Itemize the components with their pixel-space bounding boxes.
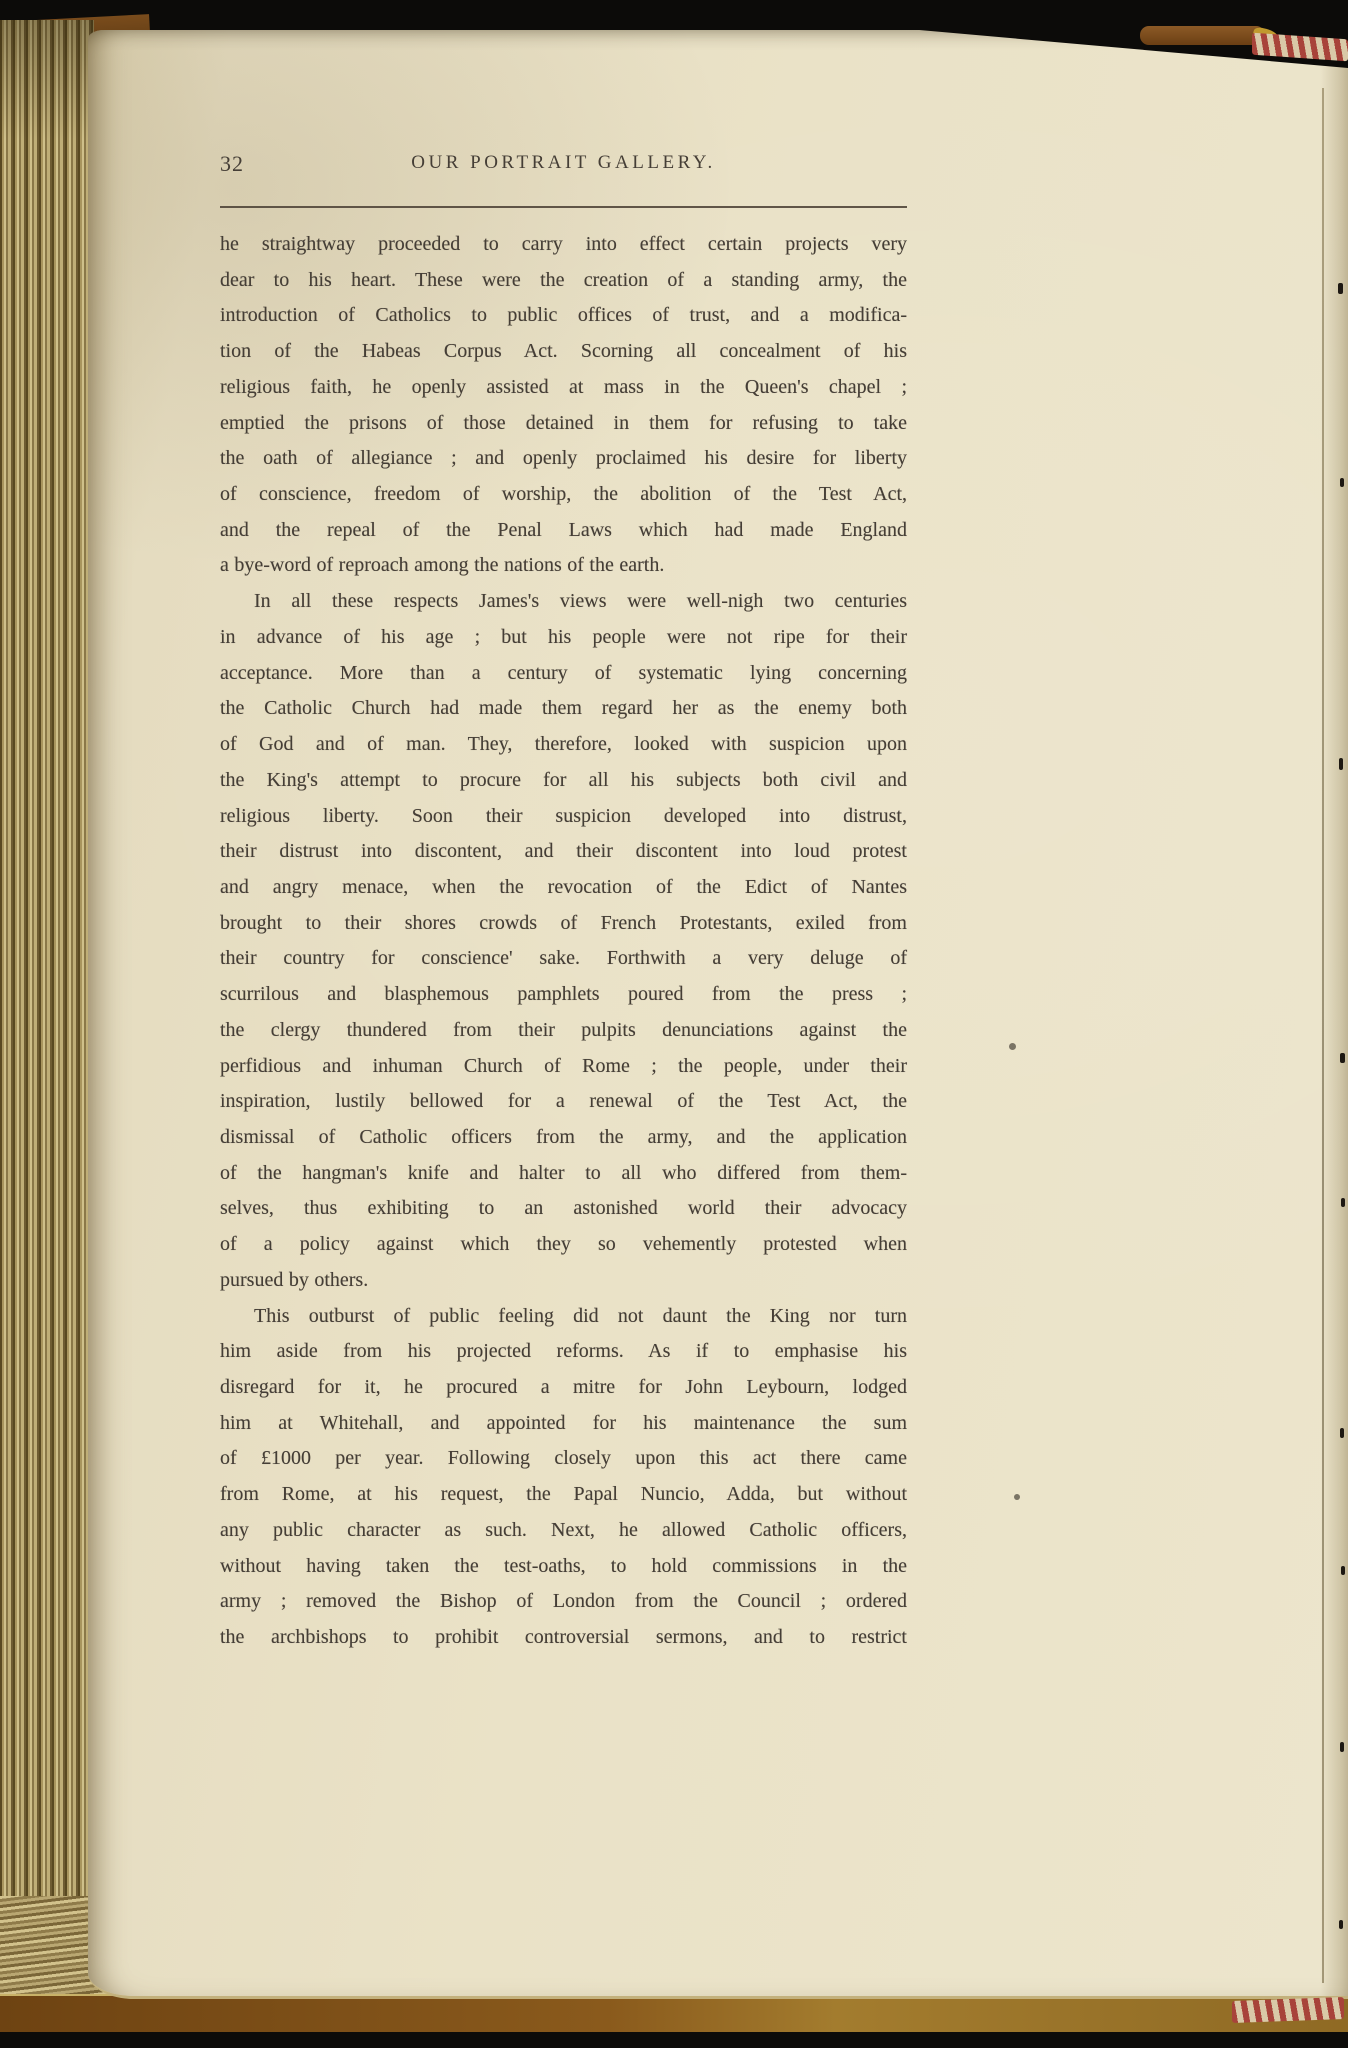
ink-speck <box>1340 1053 1345 1063</box>
page-header: 32 OUR PORTRAIT GALLERY. <box>220 148 907 182</box>
ink-speck <box>1340 1742 1344 1752</box>
text-line: religious liberty. Soon their suspicion … <box>220 799 907 835</box>
text-line: In all these respects James's views were… <box>220 584 907 620</box>
text-line: of conscience, freedom of worship, the a… <box>220 477 907 513</box>
book-page: 32 OUR PORTRAIT GALLERY. he straightway … <box>88 30 1348 1999</box>
book-spine-top <box>1140 26 1265 45</box>
book-photo: 32 OUR PORTRAIT GALLERY. he straightway … <box>0 0 1348 2048</box>
running-header: OUR PORTRAIT GALLERY. <box>220 152 907 174</box>
text-line: him at Whitehall, and appointed for his … <box>220 1406 907 1442</box>
text-line: of God and of man. They, therefore, look… <box>220 727 907 763</box>
text-line: the archbishops to prohibit controversia… <box>220 1620 907 1656</box>
text-line: religious faith, he openly assisted at m… <box>220 370 907 406</box>
ink-speck <box>1340 1428 1344 1438</box>
paragraph: This outburst of public feeling did not … <box>220 1299 907 1656</box>
text-line: selves, thus exhibiting to an astonished… <box>220 1191 907 1227</box>
headband-bottom <box>1232 1997 1344 2023</box>
text-line: disregard for it, he procured a mitre fo… <box>220 1370 907 1406</box>
ink-speck <box>1340 478 1344 487</box>
text-line: army ; removed the Bishop of London from… <box>220 1584 907 1620</box>
text-line: of a policy against which they so veheme… <box>220 1227 907 1263</box>
text-line: their distrust into discontent, and thei… <box>220 834 907 870</box>
text-line: tion of the Habeas Corpus Act. Scorning … <box>220 334 907 370</box>
text-line: perfidious and inhuman Church of Rome ; … <box>220 1049 907 1085</box>
text-line: in advance of his age ; but his people w… <box>220 620 907 656</box>
text-line: dear to his heart. These were the creati… <box>220 263 907 299</box>
book-cover-bottom <box>0 1994 1348 2032</box>
text-line: acceptance. More than a century of syste… <box>220 656 907 692</box>
text-line: inspiration, lustily bellowed for a rene… <box>220 1084 907 1120</box>
text-line: their country for conscience' sake. Fort… <box>220 941 907 977</box>
text-line: any public character as such. Next, he a… <box>220 1513 907 1549</box>
text-line: the King's attempt to procure for all hi… <box>220 763 907 799</box>
text-line: the clergy thundered from their pulpits … <box>220 1013 907 1049</box>
text-line: dismissal of Catholic officers from the … <box>220 1120 907 1156</box>
page-content: 32 OUR PORTRAIT GALLERY. he straightway … <box>220 148 907 1656</box>
text-line: introduction of Catholics to public offi… <box>220 298 907 334</box>
text-line: scurrilous and blasphemous pamphlets pou… <box>220 977 907 1013</box>
ink-speck <box>1338 283 1343 294</box>
text-line: of £1000 per year. Following closely upo… <box>220 1441 907 1477</box>
text-line: brought to their shores crowds of French… <box>220 906 907 942</box>
page-body: he straightway proceeded to carry into e… <box>220 227 907 1656</box>
text-line: the oath of allegiance ; and openly proc… <box>220 441 907 477</box>
ink-speck <box>1339 1920 1343 1929</box>
text-line: pursued by others. <box>220 1263 907 1299</box>
text-line: and angry menace, when the revocation of… <box>220 870 907 906</box>
text-line: the Catholic Church had made them regard… <box>220 691 907 727</box>
text-line: a bye-word of reproach among the nations… <box>220 548 907 584</box>
text-line: him aside from his projected reforms. As… <box>220 1334 907 1370</box>
text-line: emptied the prisons of those detained in… <box>220 406 907 442</box>
text-line: This outburst of public feeling did not … <box>220 1299 907 1335</box>
ink-speck <box>1009 1043 1016 1050</box>
text-line: he straightway proceeded to carry into e… <box>220 227 907 263</box>
paragraph: he straightway proceeded to carry into e… <box>220 227 907 584</box>
text-line: without having taken the test-oaths, to … <box>220 1549 907 1585</box>
ink-speck <box>1339 758 1343 770</box>
text-line: of the hangman's knife and halter to all… <box>220 1156 907 1192</box>
page-fore-edges <box>0 20 94 1998</box>
page-edge-shading <box>1320 30 1348 1996</box>
ink-speck <box>1341 1198 1345 1207</box>
ink-speck <box>1341 1566 1345 1575</box>
text-line: and the repeal of the Penal Laws which h… <box>220 513 907 549</box>
ink-speck <box>1014 1494 1020 1500</box>
text-line: from Rome, at his request, the Papal Nun… <box>220 1477 907 1513</box>
paragraph: In all these respects James's views were… <box>220 584 907 1298</box>
page-crease <box>1322 88 1324 1983</box>
header-rule <box>220 206 907 208</box>
